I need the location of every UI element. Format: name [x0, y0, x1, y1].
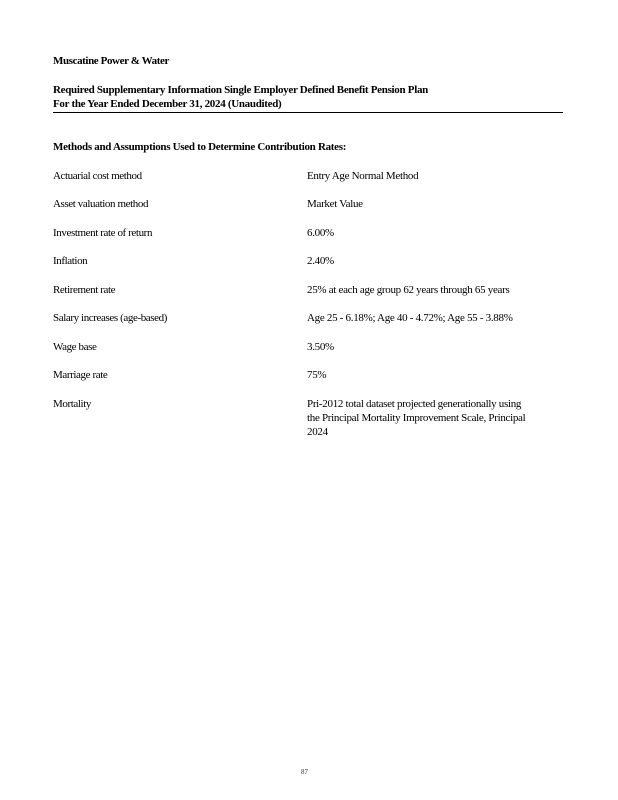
report-period: For the Year Ended December 31, 2024 (Un…	[53, 98, 281, 110]
assumption-label: Investment rate of return	[53, 227, 152, 239]
assumption-label: Wage base	[53, 341, 96, 353]
header-divider	[53, 112, 563, 113]
assumption-label: Retirement rate	[53, 284, 115, 296]
assumption-label: Marriage rate	[53, 369, 107, 381]
assumption-value: Pri-2012 total dataset projected generat…	[307, 397, 532, 439]
assumption-value: 25% at each age group 62 years through 6…	[307, 283, 509, 297]
assumption-value: Market Value	[307, 197, 547, 211]
page-number: 87	[301, 768, 308, 776]
assumption-value: Entry Age Normal Method	[307, 169, 547, 183]
assumption-value: 2.40%	[307, 254, 547, 268]
assumption-value: 3.50%	[307, 340, 547, 354]
assumption-label: Asset valuation method	[53, 198, 148, 210]
assumption-value: 6.00%	[307, 226, 547, 240]
report-title: Required Supplementary Information Singl…	[53, 84, 428, 96]
company-name: Muscatine Power & Water	[53, 55, 169, 67]
assumption-value: 75%	[307, 368, 547, 382]
section-heading: Methods and Assumptions Used to Determin…	[53, 141, 346, 153]
document-page: Muscatine Power & Water Required Supplem…	[0, 0, 618, 800]
assumption-label: Inflation	[53, 255, 87, 267]
assumption-label: Mortality	[53, 398, 91, 410]
assumption-value: Age 25 - 6.18%; Age 40 - 4.72%; Age 55 -…	[307, 311, 513, 325]
assumption-label: Salary increases (age-based)	[53, 312, 167, 324]
assumption-label: Actuarial cost method	[53, 170, 142, 182]
